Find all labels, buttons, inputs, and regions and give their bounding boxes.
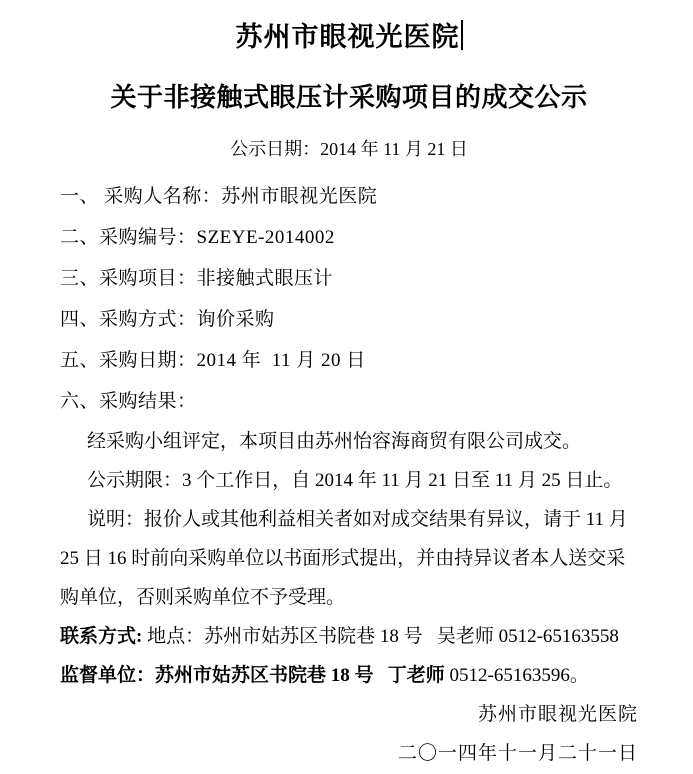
- supervisor-label: 监督单位：苏州市姑苏区书院巷 18 号 丁老师: [60, 665, 445, 686]
- signature-org: 苏州市眼视光医院: [60, 695, 638, 734]
- document-title-line: 苏州市眼视光医院: [60, 18, 638, 56]
- list-item-procurement-method: 四、采购方式：询价采购: [60, 299, 638, 340]
- document-subtitle: 关于非接触式眼压计采购项目的成交公示: [60, 80, 638, 116]
- publish-date-line: 公示日期：2014 年 11 月 21 日: [60, 136, 638, 162]
- list-item-buyer-name: 一、 采购人名称：苏州市眼视光医院: [60, 176, 638, 217]
- note-paragraph-line-3: 购单位，否则采购单位不予受理。: [60, 578, 638, 617]
- signature-block: 苏州市眼视光医院 二〇一四年十一月二十一日: [60, 695, 638, 773]
- signature-date: 二〇一四年十一月二十一日: [60, 734, 638, 773]
- list-item-procurement-result: 六、采购结果：: [60, 381, 638, 422]
- numbered-list: 一、 采购人名称：苏州市眼视光医院 二、采购编号：SZEYE-2014002 三…: [60, 176, 638, 422]
- contact-line: 联系方式: 地点：苏州市姑苏区书院巷 18 号 吴老师 0512-6516355…: [60, 617, 638, 656]
- supervisor-value: 0512-65163596。: [445, 665, 589, 686]
- text-cursor: [461, 20, 463, 50]
- list-item-procurement-date: 五、采购日期：2014 年 11 月 20 日: [60, 340, 638, 381]
- note-paragraph-line-2: 25 日 16 时前向采购单位以书面形式提出，并由持异议者本人送交采: [60, 539, 638, 578]
- result-section: 经采购小组评定，本项目由苏州怡容海商贸有限公司成交。 公示期限：3 个工作日，自…: [60, 422, 638, 617]
- publicity-period-paragraph: 公示期限：3 个工作日，自 2014 年 11 月 21 日至 11 月 25 …: [60, 461, 638, 500]
- list-item-procurement-number: 二、采购编号：SZEYE-2014002: [60, 217, 638, 258]
- result-paragraph: 经采购小组评定，本项目由苏州怡容海商贸有限公司成交。: [60, 422, 638, 461]
- note-paragraph-line-1: 说明：报价人或其他利益相关者如对成交结果有异议，请于 11 月: [60, 500, 638, 539]
- document-title: 苏州市眼视光医院: [236, 22, 460, 52]
- contact-value: 地点：苏州市姑苏区书院巷 18 号 吴老师 0512-65163558: [142, 626, 619, 647]
- supervisor-line: 监督单位：苏州市姑苏区书院巷 18 号 丁老师 0512-65163596。: [60, 656, 638, 695]
- contact-label: 联系方式:: [60, 626, 142, 647]
- document-page[interactable]: 苏州市眼视光医院 关于非接触式眼压计采购项目的成交公示 公示日期：2014 年 …: [0, 0, 693, 774]
- list-item-procurement-project: 三、采购项目：非接触式眼压计: [60, 258, 638, 299]
